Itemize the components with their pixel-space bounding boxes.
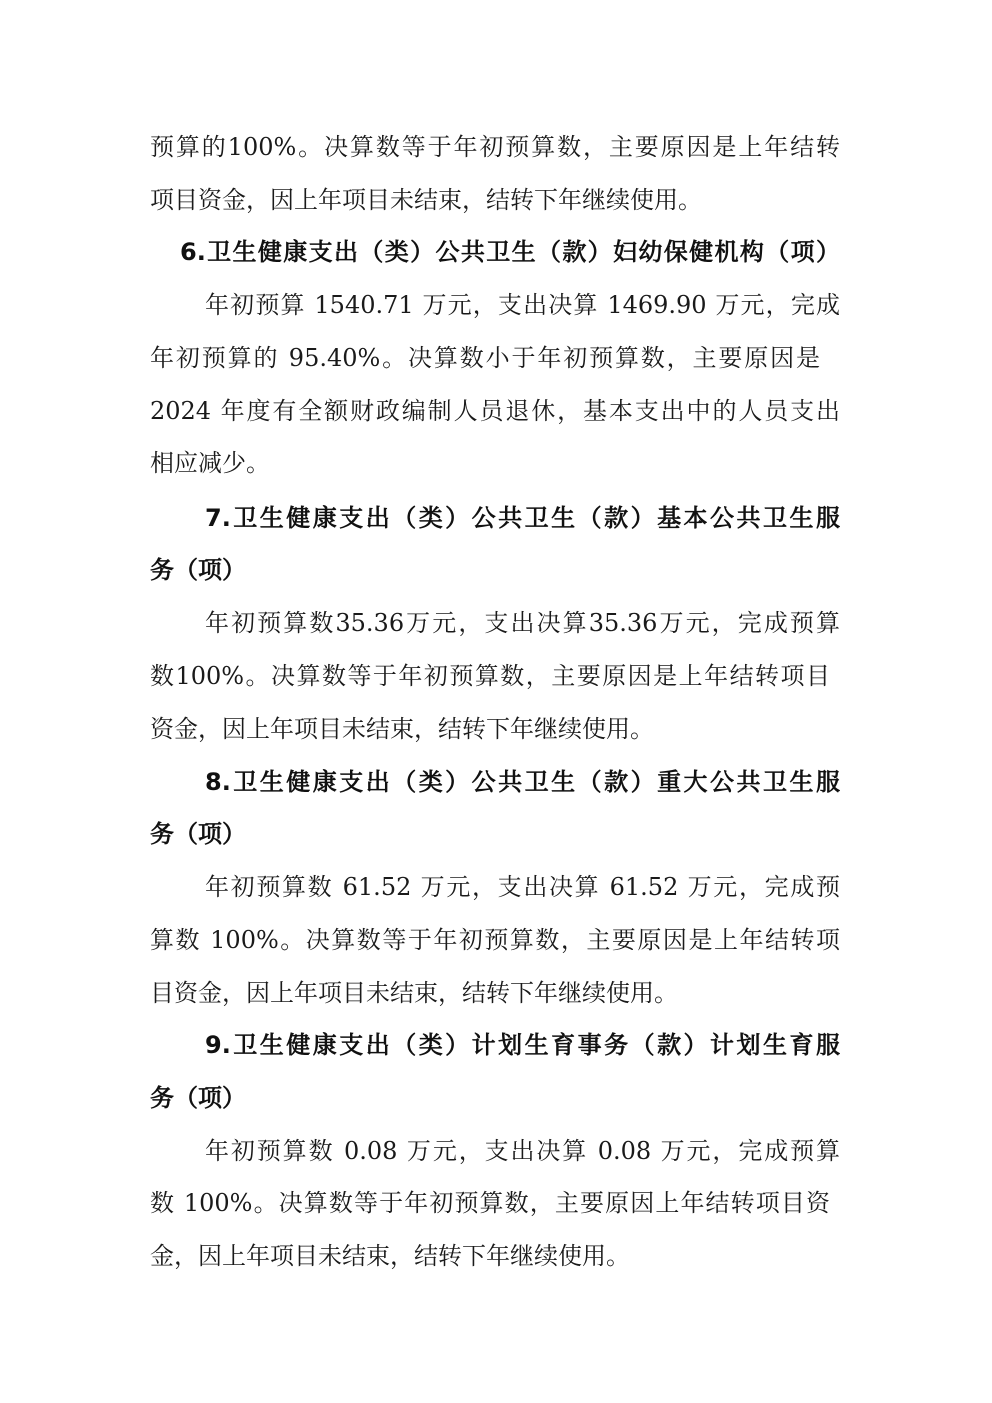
paragraph-line: 预算的100%。决算数等于年初预算数，主要原因是上年结转 xyxy=(150,127,840,167)
paragraph-line: 年初预算数 61.52 万元，支出决算 61.52 万元，完成预 xyxy=(205,867,840,907)
section-heading-8-cont: 务（项） xyxy=(150,814,246,854)
paragraph-line: 年初预算的 95.40%。决算数小于年初预算数，主要原因是 xyxy=(150,338,820,378)
paragraph-line: 资金，因上年项目未结束，结转下年继续使用。 xyxy=(150,709,654,749)
paragraph-line: 年初预算 1540.71 万元，支出决算 1469.90 万元，完成 xyxy=(205,285,840,325)
section-heading-9: 9.卫生健康支出（类）计划生育事务（款）计划生育服 xyxy=(205,1025,840,1065)
section-heading-8: 8.卫生健康支出（类）公共卫生（款）重大公共卫生服 xyxy=(205,762,840,802)
section-heading-9-cont: 务（项） xyxy=(150,1078,246,1118)
section-heading-7: 7.卫生健康支出（类）公共卫生（款）基本公共卫生服 xyxy=(205,498,840,538)
paragraph-line: 项目资金，因上年项目未结束，结转下年继续使用。 xyxy=(150,180,702,220)
section-heading-6: 6.卫生健康支出（类）公共卫生（款）妇幼保健机构（项） xyxy=(180,232,840,272)
document-page: 预算的100%。决算数等于年初预算数，主要原因是上年结转 项目资金，因上年项目未… xyxy=(0,0,992,1403)
paragraph-line: 相应减少。 xyxy=(150,443,270,483)
paragraph-line: 年初预算数 0.08 万元，支出决算 0.08 万元，完成预算 xyxy=(205,1131,840,1171)
paragraph-line: 年初预算数35.36万元，支出决算35.36万元，完成预算 xyxy=(205,603,840,643)
paragraph-line: 2024 年度有全额财政编制人员退休，基本支出中的人员支出 xyxy=(150,391,840,431)
paragraph-line: 数100%。决算数等于年初预算数，主要原因是上年结转项目 xyxy=(150,656,830,696)
section-heading-7-cont: 务（项） xyxy=(150,550,246,590)
paragraph-line: 金，因上年项目未结束，结转下年继续使用。 xyxy=(150,1236,630,1276)
paragraph-line: 数 100%。决算数等于年初预算数，主要原因上年结转项目资 xyxy=(150,1183,830,1223)
paragraph-line: 目资金，因上年项目未结束，结转下年继续使用。 xyxy=(150,973,678,1013)
paragraph-line: 算数 100%。决算数等于年初预算数，主要原因是上年结转项 xyxy=(150,920,840,960)
